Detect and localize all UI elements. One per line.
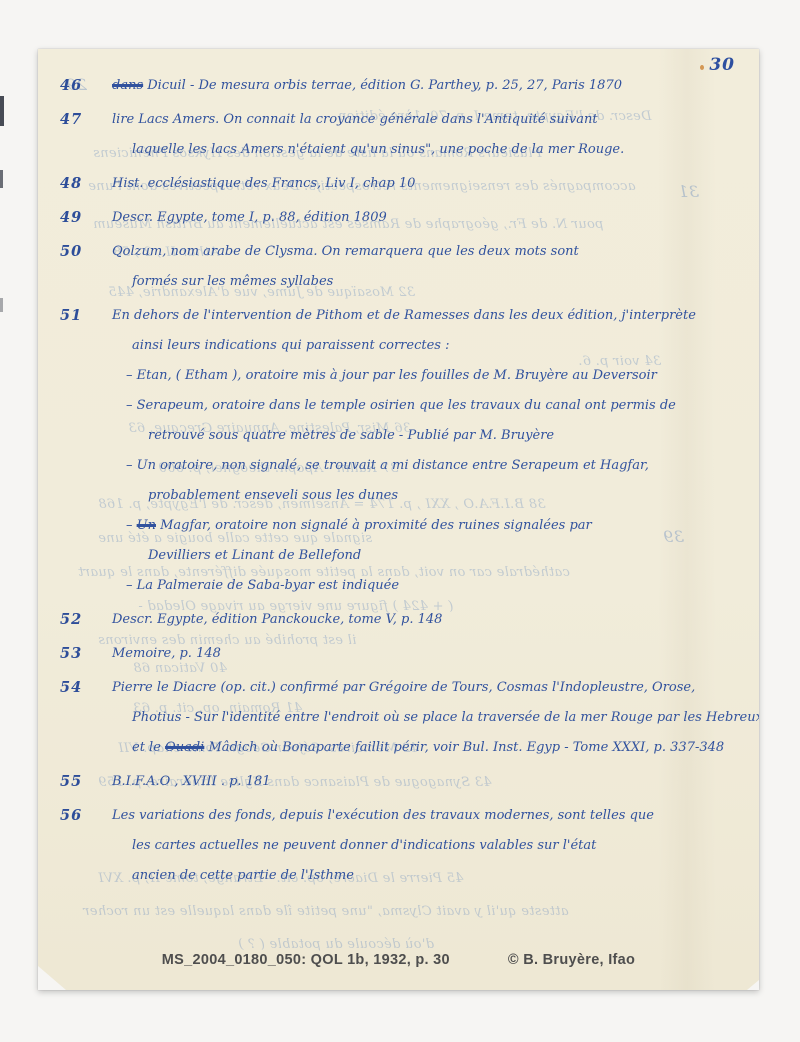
manuscript-line: – Etan, ( Etham ), oratoire mis à jour p… [38,361,759,391]
handwriting-text: Qolzum, nom arabe de Clysma. On remarque… [112,244,579,259]
handwriting-text: Devilliers et Linant de Bellefond [148,548,361,563]
handwriting-text: probablement enseveli sous les dunes [148,488,398,503]
scan-artifact [0,170,3,188]
worn-corner [747,980,759,990]
handwriting-text: Mâdich où Bonaparte faillit périr, voir … [204,740,724,755]
note-number: 52 [60,605,82,635]
caption-id: MS_2004_0180_050: QOL 1b, 1932, p. 30 [162,952,450,968]
manuscript-line: formés sur les mêmes syllabes [38,267,759,297]
handwriting-text: Memoire, p. 148 [112,646,221,661]
note-number: 49 [60,203,82,233]
handwriting-text: Descr. Egypte, édition Panckoucke, tome … [112,612,442,627]
handwriting-text: retrouvé sous quatre mètres de sable - P… [148,428,554,443]
handwriting-text: formés sur les mêmes syllabes [132,274,333,289]
note-number: 46 [60,71,82,101]
handwriting-text: – Un oratoire, non signalé, se trouvait … [126,458,649,473]
handwriting-text: – [126,518,137,533]
torn-corner [38,966,66,990]
manuscript-line: 51En dehors de l'intervention de Pithom … [38,301,759,331]
bleedthrough-text: d'où découle du potable ( ? ) [238,937,434,952]
handwriting-text: et le [132,740,165,755]
manuscript-line: 50Qolzum, nom arabe de Clysma. On remarq… [38,237,759,267]
handwriting-text: B.I.F.A.O , XVIII . p. 181 [112,774,271,789]
manuscript-line: retrouvé sous quatre mètres de sable - P… [38,421,759,451]
struck-word: Ouadi [165,740,204,755]
manuscript-line: Devilliers et Linant de Bellefond [38,541,759,571]
manuscript-line: les cartes actuelles ne peuvent donner d… [38,831,759,861]
manuscript-line: 47lire Lacs Amers. On connait la croyanc… [38,105,759,135]
handwriting-text: Dicuil - De mesura orbis terrae, édition… [143,78,622,93]
manuscript-page: 29Descr. de l'Egypte, tome I, p. 70, 1èr… [38,49,759,990]
handwriting-text: – Serapeum, oratoire dans le temple osir… [126,398,676,413]
manuscript-line: ancien de cette partie de l'Isthme [38,861,759,891]
manuscript-line: 54Pierre le Diacre (op. cit.) confirmé p… [38,673,759,703]
manuscript-line: 56Les variations des fonds, depuis l'exé… [38,801,759,831]
caption-copyright: © B. Bruyère, Ifao [508,952,635,968]
manuscript-line: ainsi leurs indications qui paraissent c… [38,331,759,361]
handwriting-text: Descr. Egypte, tome I, p. 88, édition 18… [112,210,387,225]
manuscript-line: 46dans Dicuil - De mesura orbis terrae, … [38,71,759,101]
note-number: 54 [60,673,82,703]
note-number: 48 [60,169,82,199]
manuscript-line: probablement enseveli sous les dunes [38,481,759,511]
note-number: 50 [60,237,82,267]
note-number: 56 [60,801,82,831]
manuscript-line: – La Palmeraie de Saba-byar est indiquée [38,571,759,601]
struck-word: Un [137,518,156,533]
handwriting-text: Hist. ecclésiastique des Francs, Liv I, … [112,176,415,191]
note-number: 55 [60,767,82,797]
caption-bar: MS_2004_0180_050: QOL 1b, 1932, p. 30 © … [38,952,759,968]
handwriting-text: laquelle les lacs Amers n'étaient qu'un … [132,142,624,157]
handwriting-text: – La Palmeraie de Saba-byar est indiquée [126,578,399,593]
scan-artifact [0,298,3,312]
handwriting-text: ancien de cette partie de l'Isthme [132,868,354,883]
note-number: 53 [60,639,82,669]
manuscript-line: 49Descr. Egypte, tome I, p. 88, édition … [38,203,759,233]
manuscript-line: et le Ouadi Mâdich où Bonaparte faillit … [38,733,759,763]
handwriting-text: Magfar, oratoire non signalé à proximité… [156,518,592,533]
struck-word: dans [112,78,143,93]
note-number: 47 [60,105,82,135]
manuscript-line: 52Descr. Egypte, édition Panckoucke, tom… [38,605,759,635]
note-number: 51 [60,301,82,331]
handwriting-text: les cartes actuelles ne peuvent donner d… [132,838,596,853]
scan-background: 29Descr. de l'Egypte, tome I, p. 70, 1èr… [0,0,800,1042]
manuscript-line: 53Memoire, p. 148 [38,639,759,669]
handwriting-text: Photius - Sur l'identité entre l'endroit… [132,710,759,725]
manuscript-line: – Un oratoire, non signalé, se trouvait … [38,451,759,481]
handwriting-text: ainsi leurs indications qui paraissent c… [132,338,449,353]
handwriting-text: – Etan, ( Etham ), oratoire mis à jour p… [126,368,657,383]
manuscript-line: Photius - Sur l'identité entre l'endroit… [38,703,759,733]
bleedthrough-text: atteste qu'il y avait Clysma, "une petit… [83,904,569,919]
handwriting-text: En dehors de l'intervention de Pithom et… [112,308,696,323]
handwriting-text: lire Lacs Amers. On connait la croyance … [112,112,598,127]
handwriting-text: Pierre le Diacre (op. cit.) confirmé par… [112,680,695,695]
manuscript-line: 48Hist. ecclésiastique des Francs, Liv I… [38,169,759,199]
notes-list: 46dans Dicuil - De mesura orbis terrae, … [38,49,759,891]
manuscript-line: – Un Magfar, oratoire non signalé à prox… [38,511,759,541]
manuscript-line: laquelle les lacs Amers n'étaient qu'un … [38,135,759,165]
handwriting-text: Les variations des fonds, depuis l'exécu… [112,808,654,823]
manuscript-line: 55B.I.F.A.O , XVIII . p. 181 [38,767,759,797]
scan-artifact [0,96,4,126]
manuscript-line: – Serapeum, oratoire dans le temple osir… [38,391,759,421]
